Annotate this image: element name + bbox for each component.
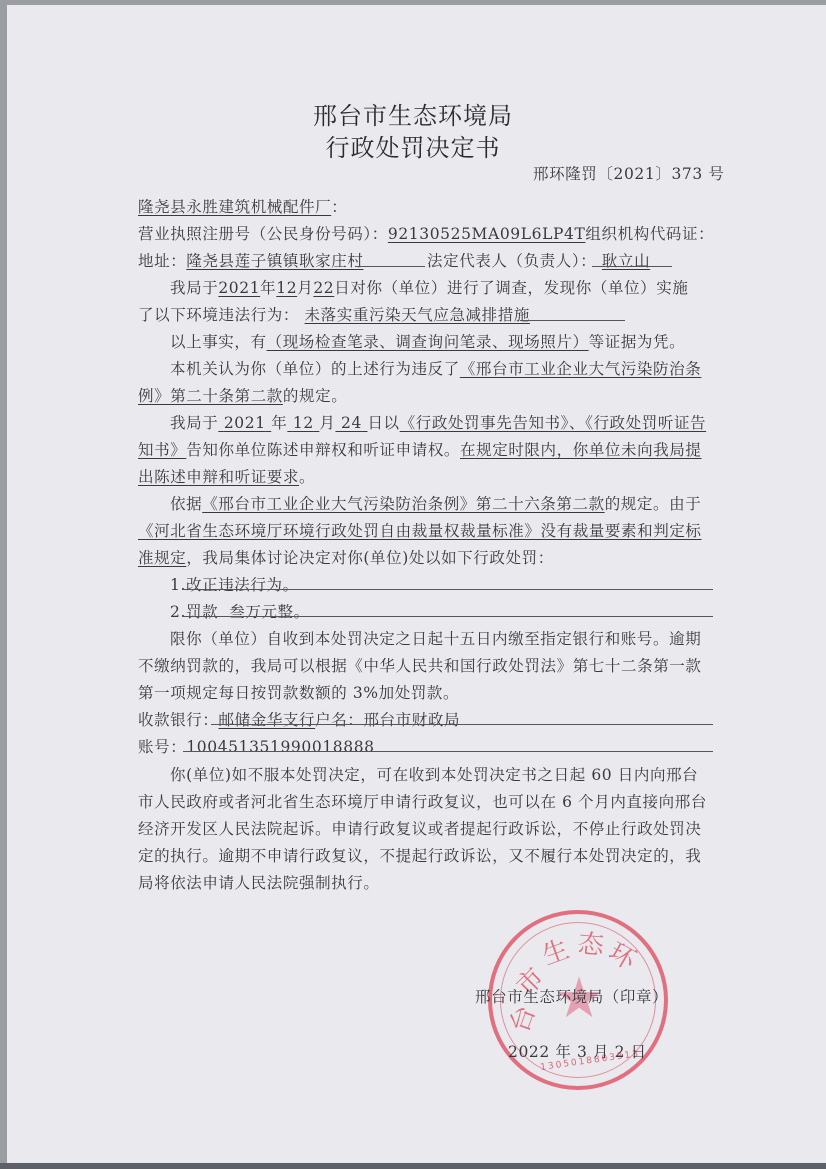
bank-name: 邮储金华支行 <box>219 711 316 729</box>
issue-date: 2022 年 3 月 2 日 <box>508 1040 647 1062</box>
license-number: 92130525MA09L6LP4T <box>388 225 586 243</box>
agency-title: 邢台市生态环境局 <box>0 96 826 131</box>
underline <box>211 724 713 725</box>
appeal-line3: 经济开发区人民法院起诉。申请行政复议或者提起行政诉讼，不停止行政处罚决 <box>138 817 702 839</box>
payment-line3: 第一项规定每日按罚款数额的 3%加处罚款。 <box>138 681 459 703</box>
payment-line2: 不缴纳罚款的，我局可以根据《中华人民共和国行政处罚法》第七十二条第一款 <box>138 654 702 676</box>
underline <box>592 266 672 267</box>
notice-line1: 我局于 2021 年 12 月 24 日以《行政处罚事先告知书》、《行政处罚听证… <box>170 411 706 433</box>
scan-edge <box>0 1163 826 1169</box>
appeal-line5: 局将依法申请人民法院强制执行。 <box>138 871 380 893</box>
account-name: 邢台市财政局 <box>363 711 460 729</box>
underline <box>183 751 713 752</box>
evidence-line: 以上事实，有（现场检查笔录、调查询问笔录、现场照片）等证据为凭。 <box>170 330 685 352</box>
account-number: 100451351990018888 <box>186 738 374 756</box>
bank-line: 收款银行：邮储金华支行户名：邢台市财政局 <box>138 708 460 730</box>
notice-line2: 知书》告知你单位陈述申辩权和听证申请权。在规定时限内，你单位未向我局提 <box>138 438 702 460</box>
address-value: 隆尧县莲子镇镇耿家庄村 <box>186 252 363 270</box>
legal-rep-name: 耿立山 <box>602 252 650 270</box>
violation-description: 未落实重污染天气应急减排措施 <box>305 306 530 324</box>
violation-basis-line2: 例》第二十条第二款的规定。 <box>138 384 347 406</box>
penalty-item-1: 1.改正违法行为。 <box>170 573 299 595</box>
investigation-line2: 了以下环境违法行为： 未落实重污染天气应急减排措施 <box>138 303 530 325</box>
address-line: 地址：隆尧县莲子镇镇耿家庄村 <box>138 249 363 271</box>
appeal-line2: 市人民政府或者河北省生态环境厅申请行政复议，也可以在 6 个月内直接向邢台 <box>138 790 707 812</box>
penalty-basis-line1: 依据《邢台市工业企业大气污染防治条例》第二十六条第二款的规定。由于 <box>170 492 701 514</box>
legal-rep-line: 法定代表人（负责人）： 耿立山 <box>427 249 650 271</box>
penalty-basis-line3: 准规定，我局集体讨论决定对你(单位)处以如下行政处罚： <box>138 546 554 568</box>
penalty-item-2: 2.罚款 叁万元整。 <box>170 600 310 622</box>
recipient-name: 隆尧县永胜建筑机械配件厂 <box>138 198 331 216</box>
issuer-signature: 邢台市生态环境局（印章） <box>475 985 668 1007</box>
violation-basis-line1: 本机关认为你（单位）的上述行为违反了《邢台市工业企业大气污染防治条 <box>170 357 701 379</box>
appeal-line1: 你(单位)如不服本处罚决定，可在收到本处罚决定书之日起 60 日内向邢台 <box>170 763 698 785</box>
payment-line1: 限你（单位）自收到本处罚决定之日起十五日内缴至指定银行和账号。逾期 <box>170 627 701 649</box>
underline <box>520 320 625 321</box>
underline <box>355 266 425 267</box>
document-type-title: 行政处罚决定书 <box>0 128 826 163</box>
appeal-line4: 定的执行。逾期不申请行政复议，不提起行政诉讼，又不履行本处罚决定的，我 <box>138 844 702 866</box>
penalty-basis-line2: 《河北省生态环境厅环境行政处罚自由裁量权裁量标准》没有裁量要素和判定标 <box>138 519 702 541</box>
underline <box>183 589 713 590</box>
underline <box>183 616 713 617</box>
notice-line3: 出陈述申辩和听证要求。 <box>138 465 315 487</box>
license-line: 营业执照注册号（公民身份号码）：92130525MA09L6LP4T组织机构代码… <box>138 222 714 244</box>
account-line: 账号：100451351990018888 <box>138 735 375 757</box>
recipient-line: 隆尧县永胜建筑机械配件厂： <box>138 195 347 217</box>
document-number: 邢环隆罚〔2021〕373 号 <box>533 162 724 184</box>
investigation-line1: 我局于2021年12月22日对你（单位）进行了调查，发现你（单位）实施 <box>170 276 688 298</box>
